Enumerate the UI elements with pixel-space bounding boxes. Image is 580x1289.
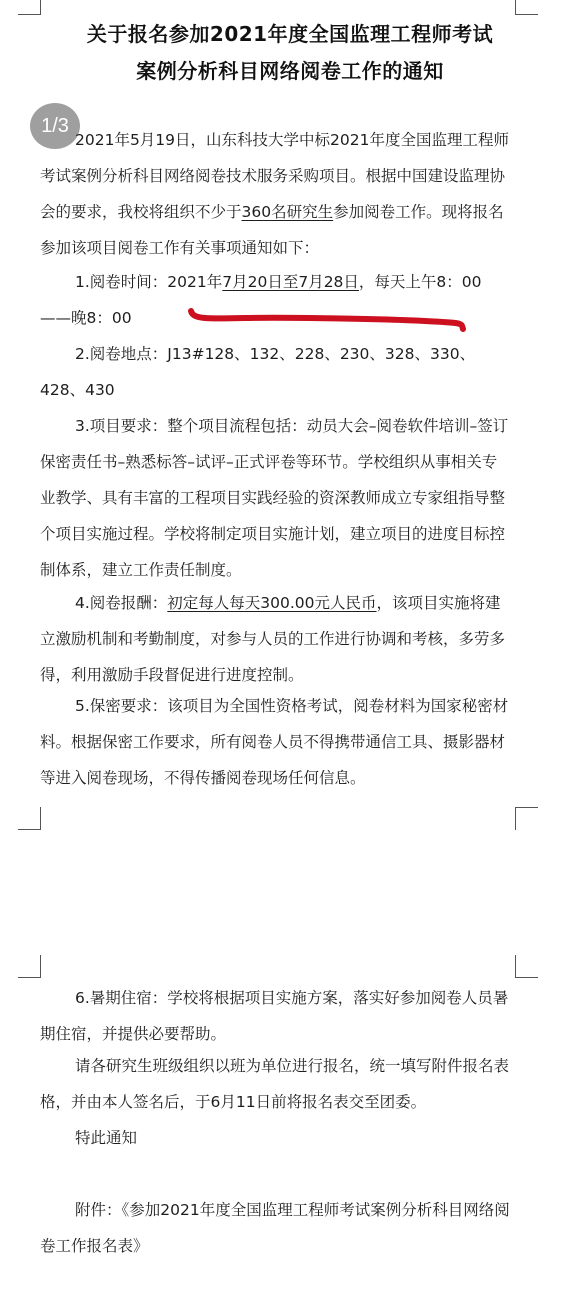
page-corner-mark-top-right-p2 <box>515 955 538 978</box>
item-6-accommodation: 6.暑期住宿：学校将根据项目实施方案，落实好参加阅卷人员暑期住宿，并提供必要帮助… <box>40 980 510 1052</box>
item-1-text-1: 1.阅卷时间：2021年 <box>75 273 222 291</box>
intro-underlined-count: 360名研究生 <box>242 203 334 221</box>
attachment-text: 附件：《参加2021年度全国监理工程师考试案例分析科目网络阅卷工作报名表》 <box>40 1192 510 1264</box>
item-1-underlined-dates: 7月20日至7月28日 <box>222 273 359 291</box>
intro-paragraph: 2021年5月19日，山东科技大学中标2021年度全国监理工程师考试案例分析科目… <box>40 122 510 266</box>
item-3-requirements: 3.项目要求：整个项目流程包括：动员大会–阅卷软件培训–签订保密责任书–熟悉标答… <box>40 408 510 588</box>
item-5-confidentiality: 5.保密要求：该项目为全国性资格考试，阅卷材料为国家秘密材料。根据保密工作要求，… <box>40 688 510 796</box>
red-highlight-stroke <box>185 305 470 335</box>
page-corner-mark-top-right <box>515 0 538 15</box>
page-corner-mark-top-left-p2 <box>18 955 41 978</box>
item-4-compensation: 4.阅卷报酬：初定每人每天300.00元人民币，该项目实施将建立激励机制和考勤制… <box>40 585 510 693</box>
item-2-location: 2.阅卷地点：J13#128、132、228、230、328、330、428、4… <box>40 336 510 408</box>
document-title-line-1: 关于报名参加2021年度全国监理工程师考试 <box>0 18 580 47</box>
document-title-line-2: 案例分析科目网络阅卷工作的通知 <box>0 55 580 84</box>
page-corner-mark-top-left <box>18 0 41 15</box>
item-4-underlined-pay: 初定每人每天300.00元人民币 <box>167 594 376 612</box>
page-corner-mark-bottom-left-top <box>18 807 41 830</box>
registration-paragraph: 请各研究生班级组织以班为单位进行报名，统一填写附件报名表格，并由本人签名后，于6… <box>40 1048 510 1120</box>
item-4-text-1: 4.阅卷报酬： <box>75 594 167 612</box>
closing-text: 特此通知 <box>40 1120 510 1156</box>
page-corner-mark-bottom-right-top <box>515 807 538 830</box>
